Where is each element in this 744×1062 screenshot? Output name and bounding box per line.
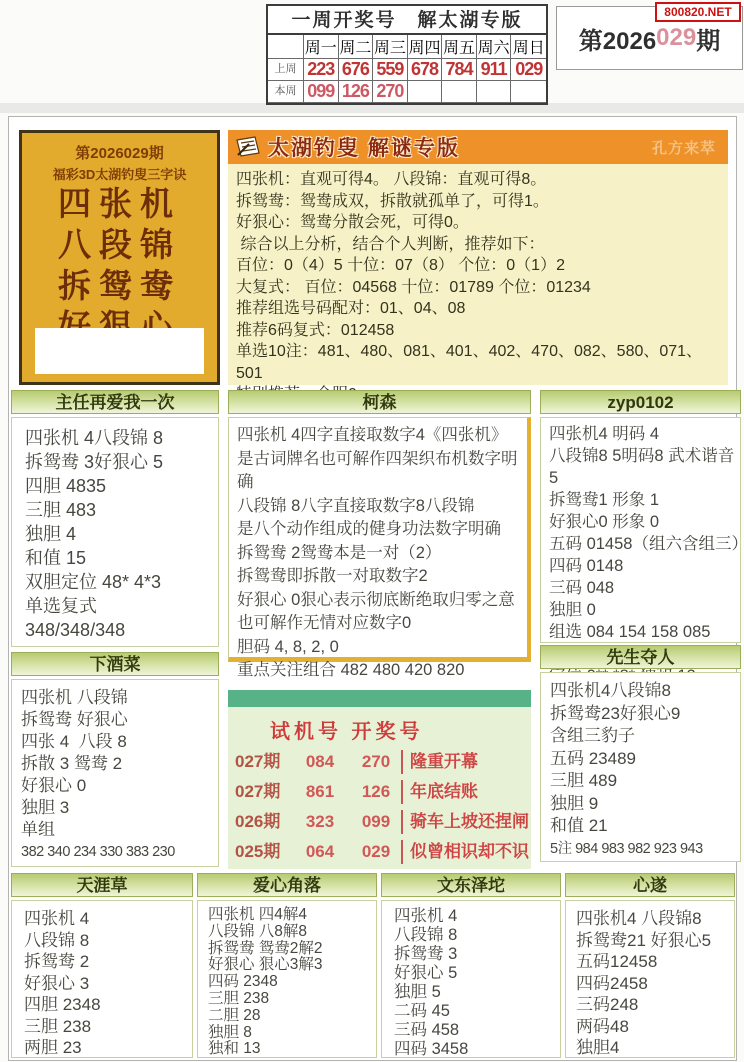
draw-number: 029 — [351, 840, 401, 864]
trial-number: 861 — [289, 780, 351, 804]
panel-xinsui: 心遂 四张机4 八段锦8 拆鸳鸯21 好狠心5 五码12458 四码2458 三… — [565, 873, 735, 1058]
text-line: 四码 3458 — [394, 1040, 560, 1059]
text-line: 四张机 四4解4 — [208, 907, 376, 924]
trial-issue: 025期 — [235, 840, 289, 864]
text-line: 大复式： 百位：04568 十位：01789 个位：01234 — [236, 277, 724, 299]
corner-cell — [268, 35, 304, 59]
text-line: 重点关注组合 482 480 420 820 — [237, 659, 527, 683]
panel-tianya: 天涯草 四张机 4 八段锦 8 拆鸳鸯 2 好狠心 3 四胆 2348 三胆 2… — [11, 873, 193, 1058]
panel-xiansheng-body: 四张机4八段锦8 拆鸳鸯23好狠心9 含组三豹子 五码 23489 三胆 489… — [540, 672, 741, 862]
text-line: 二码 45 — [394, 1002, 560, 1021]
text-line: 独胆 3 — [21, 797, 218, 819]
text-line: 单选复式 — [25, 594, 218, 618]
panel-zyp0102-body: 四张机4 明码 4 八段锦8 5明码8 武术谐音5 拆鸳鸯1 形象 1 好狠心0… — [540, 417, 741, 643]
trial-number: 064 — [289, 840, 351, 864]
panel-xiajiucai-title: 下酒菜 — [11, 652, 219, 676]
text-line: 5注 984 983 982 923 943 — [550, 838, 740, 861]
text-line: 四张机4 明码 4 — [549, 423, 740, 445]
text-line: 好狠心0 形象 0 — [549, 511, 740, 533]
memo-icon — [235, 136, 261, 158]
text-line: 好狠心 狠心3解3 — [208, 957, 376, 974]
riddle-line: 拆鸳鸯 — [22, 265, 217, 306]
text-line: 双胆定位 48* 4*3 — [25, 570, 218, 594]
panel-xiajiucai: 下酒菜 四张机 八段锦 拆鸳鸯 好狠心 四张 4 八段 8 拆散 3 鸳鸯 2 … — [11, 652, 219, 867]
panel-xiansheng-title: 先生夺人 — [540, 645, 741, 669]
text-line: 拆鸳鸯23好狠心9 — [550, 703, 740, 726]
text-line: 382 340 234 330 383 230 — [21, 841, 218, 863]
panel-wendong-body: 四张机 4 八段锦 8 拆鸳鸯 3 好狠心 5 独胆 5 二码 45 三码 45… — [381, 900, 561, 1058]
text-line: 是古词牌名也可解作四架织布机数字明确 — [237, 448, 527, 495]
trial-draw-box: 试机号 开奖号 027期 084 270 隆重开幕 027期 861 126 年… — [228, 690, 531, 869]
text-line: 是八个动作组成的健身功法数字明确 — [237, 518, 527, 542]
panel-kesen-body: 四张机 4四字直接取数字4《四张机》 是古词牌名也可解作四架织布机数字明确 八段… — [228, 417, 531, 662]
text-line: 三胆 483 — [25, 498, 218, 522]
text-line: 好狠心 0 — [21, 775, 218, 797]
page: 一周开奖号 解太湖专版 周一 周二 周三 周四 周五 周六 周日 上周 223 … — [0, 0, 744, 1062]
text-line: 百位：0（4）5 十位：07（8） 个位：0（1）2 — [236, 255, 724, 277]
text-line: 也可解作无情对应数字0 — [237, 612, 527, 636]
trial-issue: 027期 — [235, 750, 289, 774]
text-line: 拆鸳鸯 鸳鸯2解2 — [208, 941, 376, 958]
trial-box-header: 试机号 开奖号 — [270, 715, 531, 744]
text-line: 独胆 5 — [394, 983, 560, 1002]
weekday-header: 周日 — [511, 35, 546, 59]
main-container: 第2026029期 福彩3D太湖钓叟三字诀 四张机 八段锦 拆鸳鸯 好狠心 太湖… — [8, 116, 737, 1061]
weekly-table-title: 一周开奖号 解太湖专版 — [268, 6, 546, 35]
text-line: 三码248 — [576, 994, 734, 1016]
text-line: 好狠心 0狠心表示彻底断绝取归零之意 — [237, 589, 527, 613]
text-line: 综合以上分析，结合个人判断，推荐如下： — [236, 234, 724, 256]
draw-number: 911 — [481, 59, 507, 79]
panel-aixin: 爱心角落 四张机 四4解4 八段锦 八8解8 拆鸳鸯 鸳鸯2解2 好狠心 狠心3… — [197, 873, 377, 1058]
site-watermark: 800820.NET — [655, 2, 741, 22]
text-line: 五码 23489 — [550, 748, 740, 771]
text-line: 四张机4八段锦8 — [550, 680, 740, 703]
text-line: 好狠心：鸳鸯分散会死，可得0。 — [236, 212, 724, 234]
weekday-header: 周五 — [442, 35, 477, 59]
trial-row: 025期 064 029 似曾相识却不识 — [235, 840, 531, 864]
riddle-box: 第2026029期 福彩3D太湖钓叟三字诀 四张机 八段锦 拆鸳鸯 好狠心 — [19, 130, 220, 385]
draw-number: 126 — [351, 780, 401, 804]
text-line: 四张机：直观可得4。 八段锦：直观可得8。 — [236, 169, 724, 191]
text-line: 三胆 238 — [24, 1016, 192, 1038]
analysis-panel: 太湖钓叟 解谜专版 孔方来萃 四张机：直观可得4。 八段锦：直观可得8。 拆鸳鸯… — [228, 130, 728, 385]
text-line: 八段锦 八8解8 — [208, 924, 376, 941]
text-line: 四张机 4四字直接取数字4《四张机》 — [237, 424, 527, 448]
riddle-note: 骑车上坡还捏闸 — [401, 810, 529, 834]
row-label-last-week: 上周 — [275, 63, 297, 75]
panel-zhuren: 主任再爱我一次 四张机 4八段锦 8 拆鸳鸯 3好狠心 5 四胆 4835 三胆… — [11, 390, 219, 647]
riddle-line: 八段锦 — [22, 224, 217, 265]
trial-number: 084 — [289, 750, 351, 774]
trial-issue: 027期 — [235, 780, 289, 804]
draw-number: 784 — [446, 59, 473, 79]
weekday-header: 周三 — [373, 35, 408, 59]
panel-zhuren-title: 主任再爱我一次 — [11, 390, 219, 414]
text-line: 四张机4 八段锦8 — [576, 908, 734, 930]
text-line: 拆散 3 鸳鸯 2 — [21, 753, 218, 775]
weekday-header: 周二 — [339, 35, 374, 59]
draw-number: 678 — [411, 59, 438, 79]
draw-number: 099 — [351, 810, 401, 834]
draw-number: 270 — [351, 750, 401, 774]
text-line: 四张机 4 — [394, 907, 560, 926]
weekday-header: 周四 — [408, 35, 443, 59]
trial-box-band — [228, 690, 531, 707]
text-line: 胆码 4, 8, 2, 0 — [237, 636, 527, 660]
text-line: 独胆 0 — [549, 599, 740, 621]
panel-wendong-title: 文东泽坨 — [381, 873, 561, 897]
text-line: 推荐组选号码配对：01、04、08 — [236, 298, 724, 320]
text-line: 三码 048 — [549, 577, 740, 599]
text-line: 拆鸳鸯21 好狠心5 — [576, 930, 734, 952]
text-line: 好狠心 5 — [394, 964, 560, 983]
issue-highlight: 029 — [656, 24, 696, 52]
panel-aixin-body: 四张机 四4解4 八段锦 八8解8 拆鸳鸯 鸳鸯2解2 好狠心 狠心3解3 四码… — [197, 900, 377, 1058]
panel-xinsui-title: 心遂 — [565, 873, 735, 897]
panel-tianya-body: 四张机 4 八段锦 8 拆鸳鸯 2 好狠心 3 四胆 2348 三胆 238 两… — [11, 900, 193, 1058]
riddle-note: 年底结账 — [401, 780, 478, 804]
riddle-issue: 第2026029期 — [22, 142, 217, 163]
text-line: 拆鸳鸯 2鸳鸯本是一对（2） — [237, 542, 527, 566]
panel-tianya-title: 天涯草 — [11, 873, 193, 897]
text-line: 四张机 八段锦 — [21, 687, 218, 709]
text-line: 四张机 4 — [24, 908, 192, 930]
text-line: 两码48 — [576, 1016, 734, 1038]
panel-xiansheng: 先生夺人 四张机4八段锦8 拆鸳鸯23好狠心9 含组三豹子 五码 23489 三… — [540, 645, 741, 862]
text-line: 三胆 238 — [208, 991, 376, 1008]
text-line: 拆鸳鸯 3 — [394, 945, 560, 964]
draw-number: 559 — [376, 59, 403, 79]
text-line: 五码12458 — [576, 951, 734, 973]
text-line: 推荐6码复式：012458 — [236, 320, 724, 342]
trial-row: 027期 861 126 年底结账 — [235, 780, 531, 804]
text-line: 独胆 4 — [25, 522, 218, 546]
panel-zhuren-body: 四张机 4八段锦 8 拆鸳鸯 3好狠心 5 四胆 4835 三胆 483 独胆 … — [11, 417, 219, 647]
analysis-header: 太湖钓叟 解谜专版 孔方来萃 — [228, 130, 728, 164]
text-line: 独胆 9 — [550, 793, 740, 816]
draw-number: 029 — [515, 59, 542, 79]
draw-number: 676 — [342, 59, 369, 79]
trial-number: 323 — [289, 810, 351, 834]
panel-kesen-title: 柯森 — [228, 390, 531, 414]
riddle-note: 似曾相识却不识 — [401, 840, 529, 864]
draw-number: 099 — [307, 81, 334, 101]
issue-suffix: 期 — [696, 21, 720, 56]
text-line: 348/348/348 — [25, 618, 218, 642]
text-line: 三胆 489 — [550, 770, 740, 793]
text-line: 三码 458 — [394, 1021, 560, 1040]
text-line: 拆鸳鸯 2 — [24, 951, 192, 973]
text-line: 独胆 8 — [208, 1025, 376, 1042]
text-line: 独胆4 — [576, 1037, 734, 1059]
text-line: 单组 — [21, 819, 218, 841]
text-line: 四码 2348 — [208, 974, 376, 991]
text-line: 五码 01458（组六含组三） — [549, 533, 740, 555]
draw-number: 270 — [376, 81, 403, 101]
text-line: 单选10注：481、480、081、401、402、470、082、580、07… — [236, 341, 724, 384]
text-line: 和值 15 — [25, 546, 218, 570]
panel-wendong: 文东泽坨 四张机 4 八段锦 8 拆鸳鸯 3 好狠心 5 独胆 5 二码 45 … — [381, 873, 561, 1058]
text-line: 拆鸳鸯：鸳鸯成双，拆散就孤单了，可得1。 — [236, 191, 724, 213]
panel-zyp0102-title: zyp0102 — [540, 390, 741, 414]
trial-row: 027期 084 270 隆重开幕 — [235, 750, 531, 774]
trial-issue: 026期 — [235, 810, 289, 834]
weekday-header: 周一 — [304, 35, 339, 59]
row-label-this-week: 本周 — [275, 85, 297, 97]
text-line: 八段锦8 5明码8 武术谐音5 — [549, 445, 740, 489]
riddle-subtitle: 福彩3D太湖钓叟三字诀 — [22, 164, 217, 183]
weekly-draw-table: 一周开奖号 解太湖专版 周一 周二 周三 周四 周五 周六 周日 上周 223 … — [266, 4, 548, 105]
text-line: 拆鸳鸯 3好狠心 5 — [25, 450, 218, 474]
text-line: 和值 21 — [550, 815, 740, 838]
text-line: 四码 0148 — [549, 555, 740, 577]
issue-prefix: 第2026 — [579, 21, 656, 56]
text-line: 四张机 4八段锦 8 — [25, 426, 218, 450]
trial-box-body: 试机号 开奖号 027期 084 270 隆重开幕 027期 861 126 年… — [228, 707, 531, 869]
blank-area — [35, 328, 204, 374]
panel-aixin-title: 爱心角落 — [197, 873, 377, 897]
text-line: 拆鸳鸯1 形象 1 — [549, 489, 740, 511]
text-line: 四码2458 — [576, 973, 734, 995]
analysis-byline: 孔方来萃 — [652, 137, 716, 158]
riddle-line: 四张机 — [22, 183, 217, 224]
text-line: 二胆 28 — [208, 1008, 376, 1025]
text-line: 四胆 2348 — [24, 994, 192, 1016]
text-line: 八段锦 8 — [394, 926, 560, 945]
riddle-note: 隆重开幕 — [401, 750, 478, 774]
draw-number: 126 — [342, 81, 369, 101]
text-line: 含组三豹子 — [550, 725, 740, 748]
text-line: 四胆 4835 — [25, 474, 218, 498]
panel-kesen: 柯森 四张机 4四字直接取数字4《四张机》 是古词牌名也可解作四架织布机数字明确… — [228, 390, 531, 662]
panel-zyp0102: zyp0102 四张机4 明码 4 八段锦8 5明码8 武术谐音5 拆鸳鸯1 形… — [540, 390, 741, 643]
text-line: 拆鸳鸯即拆散一对取数字2 — [237, 565, 527, 589]
draw-number: 223 — [307, 59, 334, 79]
text-line: 好狠心 3 — [24, 973, 192, 995]
text-line: 两胆 23 — [24, 1037, 192, 1059]
analysis-title: 太湖钓叟 解谜专版 — [268, 132, 460, 162]
analysis-body: 四张机：直观可得4。 八段锦：直观可得8。 拆鸳鸯：鸳鸯成双，拆散就孤单了，可得… — [228, 164, 728, 385]
text-line: 八段锦 8八字直接取数字8八段锦 — [237, 495, 527, 519]
panel-xiajiucai-body: 四张机 八段锦 拆鸳鸯 好狠心 四张 4 八段 8 拆散 3 鸳鸯 2 好狠心 … — [11, 679, 219, 867]
text-line: 拆鸳鸯 好狠心 — [21, 709, 218, 731]
text-line: 八段锦 8 — [24, 930, 192, 952]
text-line: 四张 4 八段 8 — [21, 731, 218, 753]
trial-row: 026期 323 099 骑车上坡还捏闸 — [235, 810, 531, 834]
panel-xinsui-body: 四张机4 八段锦8 拆鸳鸯21 好狠心5 五码12458 四码2458 三码24… — [565, 900, 735, 1058]
weekday-header: 周六 — [477, 35, 512, 59]
text-line: 独和 13 — [208, 1041, 376, 1058]
